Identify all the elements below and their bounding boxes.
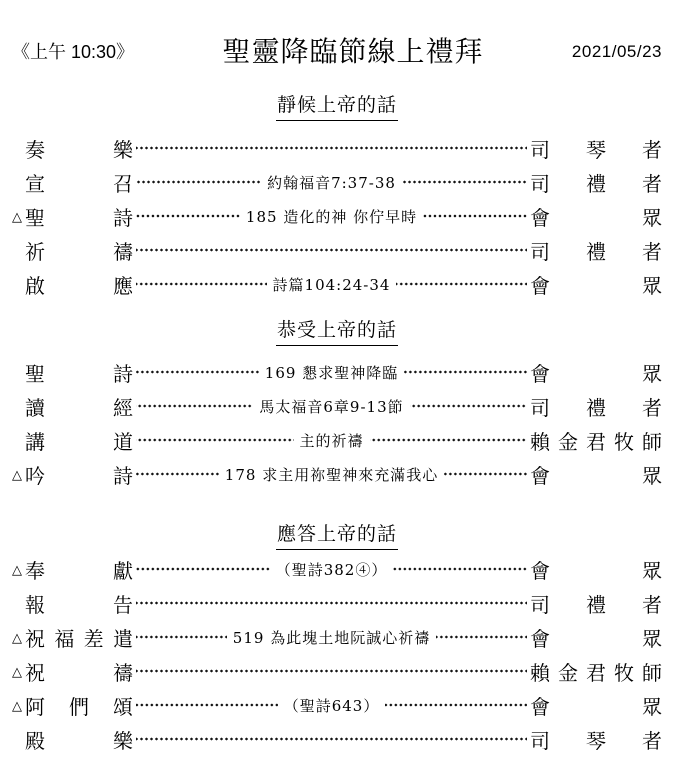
label-char: 師 (642, 657, 662, 686)
program-row: 宣召 約翰福音7:37-38 司禮者 (12, 165, 662, 199)
label-char: 禮 (586, 392, 606, 421)
label-char: 報 (25, 589, 45, 618)
label-char: 奏 (25, 134, 45, 163)
service-date: 2021/05/23 (572, 36, 662, 68)
dotted-leader (385, 688, 527, 722)
section-rows: 聖詩 169 懇求聖神降臨 會眾 讀經 馬太福音6章9-13節 司禮者 講道 主… (12, 355, 662, 491)
item-label: 讀經 (25, 392, 133, 421)
label-char: 召 (113, 168, 133, 197)
item-detail: 馬太福音6章9-13節 (256, 396, 406, 417)
dotted-leader (444, 457, 527, 491)
dotted-leader (423, 199, 527, 233)
label-char: 君 (586, 426, 606, 455)
label-char: 司 (530, 725, 550, 754)
item-detail: 178 求主用祢聖神來充滿我心 (222, 464, 441, 485)
worship-bulletin-page: 《上午 10:30》 聖靈降臨節線上禮拜 2021/05/23 靜候上帝的話 奏… (0, 0, 674, 757)
item-detail: 185 造化的神 你佇早時 (243, 206, 420, 227)
label-char: 頌 (113, 691, 133, 720)
page-title: 聖靈降臨節線上禮拜 (134, 36, 572, 68)
label-char: 經 (113, 392, 133, 421)
item-label: 祝福差遣 (25, 623, 133, 652)
label-char: 禮 (586, 168, 606, 197)
dotted-leader (436, 620, 527, 654)
item-label: 祝禱 (25, 657, 133, 686)
label-char: 牧 (614, 426, 634, 455)
label-char: 司 (530, 134, 550, 163)
label-char: 們 (69, 691, 89, 720)
dotted-leader (136, 423, 294, 457)
program-row: △ 奉獻 （聖詩382④） 會眾 (12, 552, 662, 586)
item-performer: 司琴者 (530, 134, 662, 163)
label-char: 會 (530, 555, 550, 584)
section-heading-text: 靜候上帝的話 (276, 90, 398, 121)
program-row: 報告 司禮者 (12, 586, 662, 620)
header: 《上午 10:30》 聖靈降臨節線上禮拜 2021/05/23 (12, 36, 662, 68)
label-char: 司 (530, 392, 550, 421)
label-char: 者 (642, 392, 662, 421)
item-label: 奏樂 (25, 134, 133, 163)
stand-triangle-icon: △ (12, 631, 25, 644)
program: 靜候上帝的話 奏樂 司琴者 宣召 約翰福音7:37-38 司禮者 △ 聖詩 18… (12, 90, 662, 756)
item-label: 吟詩 (25, 460, 133, 489)
stand-triangle-icon: △ (12, 468, 25, 481)
dotted-leader (136, 199, 240, 233)
program-row: 啟應 詩篇104:24-34 會眾 (12, 267, 662, 301)
item-detail: 519 為此塊土地阮誠心祈禱 (230, 627, 433, 648)
dotted-leader (136, 233, 527, 267)
label-char: 聖 (25, 202, 45, 231)
dotted-leader (396, 267, 527, 301)
program-row: 講道 主的祈禱 賴金君牧師 (12, 423, 662, 457)
program-row: △ 阿們頌 （聖詩643） 會眾 (12, 688, 662, 722)
item-performer: 會眾 (530, 202, 662, 231)
dotted-leader (370, 423, 528, 457)
program-section: 應答上帝的話 △ 奉獻 （聖詩382④） 會眾 報告 司禮者 △ 祝福差遣 51… (12, 519, 662, 756)
item-performer: 司琴者 (530, 725, 662, 754)
label-char: 奉 (25, 555, 45, 584)
stand-triangle-icon: △ (12, 563, 25, 576)
dotted-leader (136, 165, 261, 199)
item-label: 宣召 (25, 168, 133, 197)
program-row: △ 聖詩 185 造化的神 你佇早時 會眾 (12, 199, 662, 233)
item-detail: 169 懇求聖神降臨 (262, 362, 401, 383)
label-char: 眾 (642, 623, 662, 652)
item-performer: 會眾 (530, 691, 662, 720)
item-detail: 詩篇104:24-34 (270, 274, 394, 295)
label-char: 祈 (25, 236, 45, 265)
program-section: 靜候上帝的話 奏樂 司琴者 宣召 約翰福音7:37-38 司禮者 △ 聖詩 18… (12, 90, 662, 301)
label-char: 會 (530, 270, 550, 299)
label-char: 師 (642, 426, 662, 455)
program-row: 聖詩 169 懇求聖神降臨 會眾 (12, 355, 662, 389)
label-char: 詩 (113, 460, 133, 489)
label-char: 福 (54, 623, 74, 652)
program-row: 祈禱 司禮者 (12, 233, 662, 267)
item-performer: 會眾 (530, 270, 662, 299)
item-label: 講道 (25, 426, 133, 455)
label-char: 祝 (25, 623, 45, 652)
label-char: 眾 (642, 555, 662, 584)
label-char: 者 (642, 236, 662, 265)
dotted-leader (136, 131, 527, 165)
program-row: △ 祝禱 賴金君牧師 (12, 654, 662, 688)
label-char: 殿 (25, 725, 45, 754)
item-label: 祈禱 (25, 236, 133, 265)
label-char: 禮 (586, 236, 606, 265)
label-char: 祝 (25, 657, 45, 686)
label-char: 獻 (113, 555, 133, 584)
dotted-leader (136, 457, 219, 491)
label-char: 眾 (642, 691, 662, 720)
item-performer: 會眾 (530, 555, 662, 584)
item-label: 聖詩 (25, 358, 133, 387)
section-rows: 奏樂 司琴者 宣召 約翰福音7:37-38 司禮者 △ 聖詩 185 造化的神 … (12, 131, 662, 301)
dotted-leader (136, 267, 267, 301)
dotted-leader (393, 552, 527, 586)
item-performer: 會眾 (530, 358, 662, 387)
program-row: 殿樂 司琴者 (12, 722, 662, 756)
program-row: △ 祝福差遣 519 為此塊土地阮誠心祈禱 會眾 (12, 620, 662, 654)
label-char: 講 (25, 426, 45, 455)
section-heading: 靜候上帝的話 (12, 90, 662, 121)
item-performer: 司禮者 (530, 392, 662, 421)
section-heading-text: 恭受上帝的話 (276, 315, 398, 346)
stand-triangle-icon: △ (12, 665, 25, 678)
dotted-leader (136, 389, 253, 423)
label-char: 告 (113, 589, 133, 618)
item-label: 啟應 (25, 270, 133, 299)
dotted-leader (136, 654, 527, 688)
item-detail: （聖詩643） (281, 695, 383, 716)
label-char: 會 (530, 460, 550, 489)
label-char: 宣 (25, 168, 45, 197)
label-char: 應 (113, 270, 133, 299)
label-char: 司 (530, 168, 550, 197)
label-char: 眾 (642, 270, 662, 299)
item-label: 殿樂 (25, 725, 133, 754)
label-char: 聖 (25, 358, 45, 387)
label-char: 琴 (586, 725, 606, 754)
program-section: 恭受上帝的話 聖詩 169 懇求聖神降臨 會眾 讀經 馬太福音6章9-13節 司… (12, 315, 662, 491)
section-heading: 恭受上帝的話 (12, 315, 662, 346)
program-row: 讀經 馬太福音6章9-13節 司禮者 (12, 389, 662, 423)
label-char: 詩 (113, 358, 133, 387)
label-char: 遣 (113, 623, 133, 652)
label-char: 阿 (25, 691, 45, 720)
label-char: 眾 (642, 358, 662, 387)
label-char: 會 (530, 202, 550, 231)
program-row: 奏樂 司琴者 (12, 131, 662, 165)
item-performer: 賴金君牧師 (530, 657, 662, 686)
item-detail: 主的祈禱 (297, 430, 367, 451)
item-detail: （聖詩382④） (273, 559, 391, 580)
label-char: 司 (530, 236, 550, 265)
stand-triangle-icon: △ (12, 210, 25, 223)
section-heading: 應答上帝的話 (12, 519, 662, 550)
dotted-leader (136, 552, 270, 586)
item-label: 聖詩 (25, 202, 133, 231)
label-char: 樂 (113, 134, 133, 163)
item-performer: 司禮者 (530, 168, 662, 197)
label-char: 賴 (530, 657, 550, 686)
item-label: 阿們頌 (25, 691, 133, 720)
label-char: 者 (642, 725, 662, 754)
label-char: 會 (530, 623, 550, 652)
section-heading-text: 應答上帝的話 (276, 519, 398, 550)
dotted-leader (402, 165, 527, 199)
item-performer: 賴金君牧師 (530, 426, 662, 455)
item-performer: 司禮者 (530, 236, 662, 265)
label-char: 會 (530, 358, 550, 387)
label-char: 讀 (25, 392, 45, 421)
item-label: 奉獻 (25, 555, 133, 584)
label-char: 樂 (113, 725, 133, 754)
label-char: 眾 (642, 460, 662, 489)
label-char: 者 (642, 589, 662, 618)
label-char: 禱 (113, 236, 133, 265)
label-char: 詩 (113, 202, 133, 231)
program-row: △ 吟詩 178 求主用祢聖神來充滿我心 會眾 (12, 457, 662, 491)
stand-triangle-icon: △ (12, 699, 25, 712)
label-char: 者 (642, 134, 662, 163)
label-char: 禱 (113, 657, 133, 686)
item-performer: 會眾 (530, 460, 662, 489)
dotted-leader (136, 355, 259, 389)
label-char: 差 (84, 623, 104, 652)
label-char: 君 (586, 657, 606, 686)
label-char: 金 (558, 426, 578, 455)
label-char: 會 (530, 691, 550, 720)
dotted-leader (136, 722, 527, 756)
label-char: 吟 (25, 460, 45, 489)
dotted-leader (136, 586, 527, 620)
label-char: 琴 (586, 134, 606, 163)
item-performer: 司禮者 (530, 589, 662, 618)
item-label: 報告 (25, 589, 133, 618)
label-char: 啟 (25, 270, 45, 299)
dotted-leader (136, 620, 227, 654)
label-char: 禮 (586, 589, 606, 618)
label-char: 金 (558, 657, 578, 686)
label-char: 賴 (530, 426, 550, 455)
label-char: 司 (530, 589, 550, 618)
item-performer: 會眾 (530, 623, 662, 652)
dotted-leader (410, 389, 527, 423)
dotted-leader (136, 688, 278, 722)
label-char: 者 (642, 168, 662, 197)
label-char: 道 (113, 426, 133, 455)
label-char: 牧 (614, 657, 634, 686)
section-rows: △ 奉獻 （聖詩382④） 會眾 報告 司禮者 △ 祝福差遣 519 為此塊土地… (12, 552, 662, 756)
dotted-leader (404, 355, 527, 389)
item-detail: 約翰福音7:37-38 (264, 172, 399, 193)
service-time: 《上午 10:30》 (12, 36, 134, 68)
label-char: 眾 (642, 202, 662, 231)
